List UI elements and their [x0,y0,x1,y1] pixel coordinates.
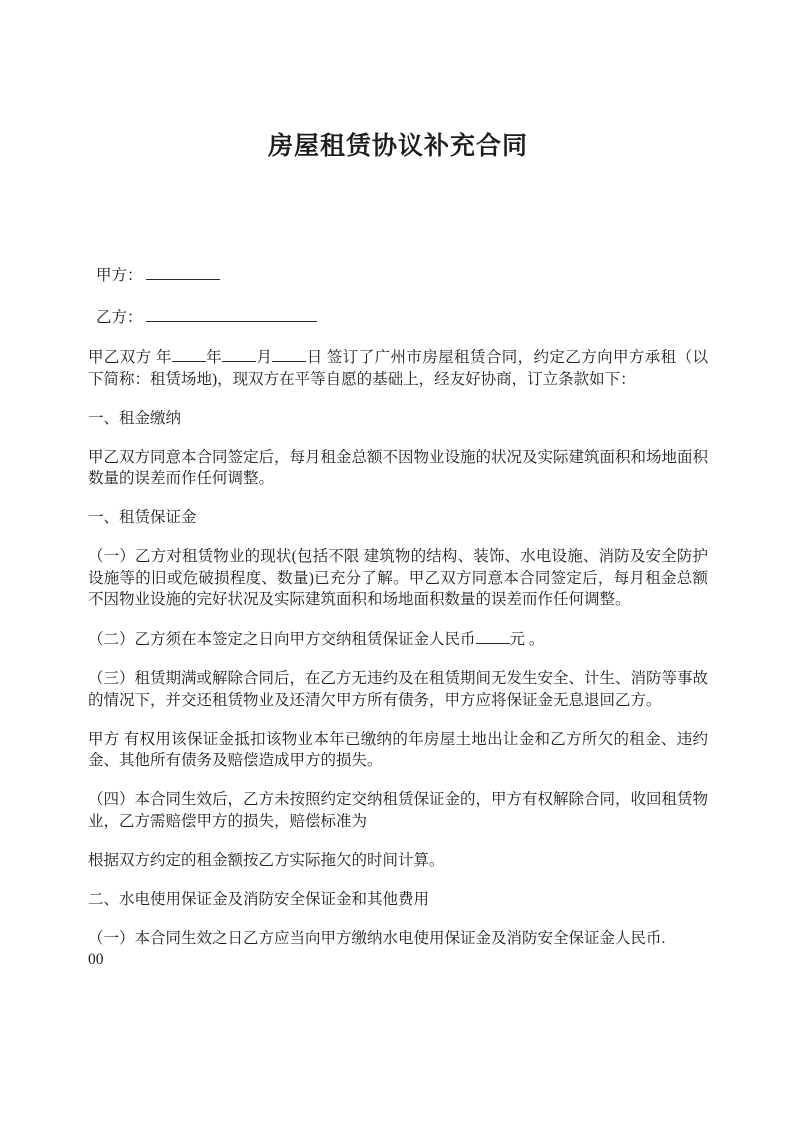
party-b-blank-underline [146,306,317,322]
compensation-calc-paragraph: 根据双方约定的租金额按乙方实际拖欠的时间计算。 [88,850,708,872]
deposit-amount-text-before: （二）乙方须在本签定之日向甲方交纳租赁保证金人民币 [88,631,476,648]
intro-month-label: 月 [256,349,272,366]
contract-page: 房屋租赁协议补充合同 甲方： 乙方： 甲乙双方 年年月日 签订了广州市房屋租赁合… [0,0,793,1122]
month-blank-underline [222,346,256,362]
section-heading-utility-deposit: 二、水电使用保证金及消防安全保证金和其他费用 [88,889,708,911]
deposit-clause-4-paragraph: （四）本合同生效后，乙方未按照约定交纳租赁保证金的，甲方有权解除合同，收回租赁物… [88,789,708,832]
party-a-line: 甲方： [88,264,708,287]
deposit-amount-blank-underline [476,628,510,644]
deposit-clause-1-paragraph: （一）乙方对租赁物业的现状(包括不限 建筑物的结构、装饰、水电设施、消防及安全防… [88,546,708,611]
rent-payment-paragraph: 甲乙双方同意本合同签定后，每月租金总额不因物业设施的状况及实际建筑面积和场地面积… [88,447,708,490]
day-blank-underline [272,346,306,362]
party-a-label: 甲方： [96,267,143,284]
deposit-offset-paragraph: 甲方 有权用该保证金抵扣该物业本年已缴纳的年房屋土地出让金和乙方所欠的租金、违约… [88,729,708,772]
intro-paragraph: 甲乙双方 年年月日 签订了广州市房屋租赁合同，约定乙方向甲方承租（以下简称：租赁… [88,346,708,390]
utility-deposit-paragraph: （一）本合同生效之日乙方应当向甲方缴纳水电使用保证金及消防安全保证金人民币. 0… [88,928,708,971]
year-blank-underline [172,346,206,362]
party-a-blank-underline [146,264,220,280]
page-title: 房屋租赁协议补充合同 [88,0,708,164]
deposit-clause-3-paragraph: （三）租赁期满或解除合同后，在乙方无违约及在租赁期间无发生安全、计生、消防等事故… [88,668,708,711]
intro-year-label: 年 [206,349,222,366]
section-heading-rent-payment: 一、租金缴纳 [88,408,708,430]
deposit-clause-2-paragraph: （二）乙方须在本签定之日向甲方交纳租赁保证金人民币元 。 [88,628,708,651]
intro-text-before-year: 甲乙双方 年 [88,349,172,366]
deposit-amount-text-after: 元 。 [510,631,545,648]
party-b-label: 乙方： [96,309,143,326]
section-heading-lease-deposit: 一、租赁保证金 [88,507,708,529]
party-b-line: 乙方： [88,306,708,329]
